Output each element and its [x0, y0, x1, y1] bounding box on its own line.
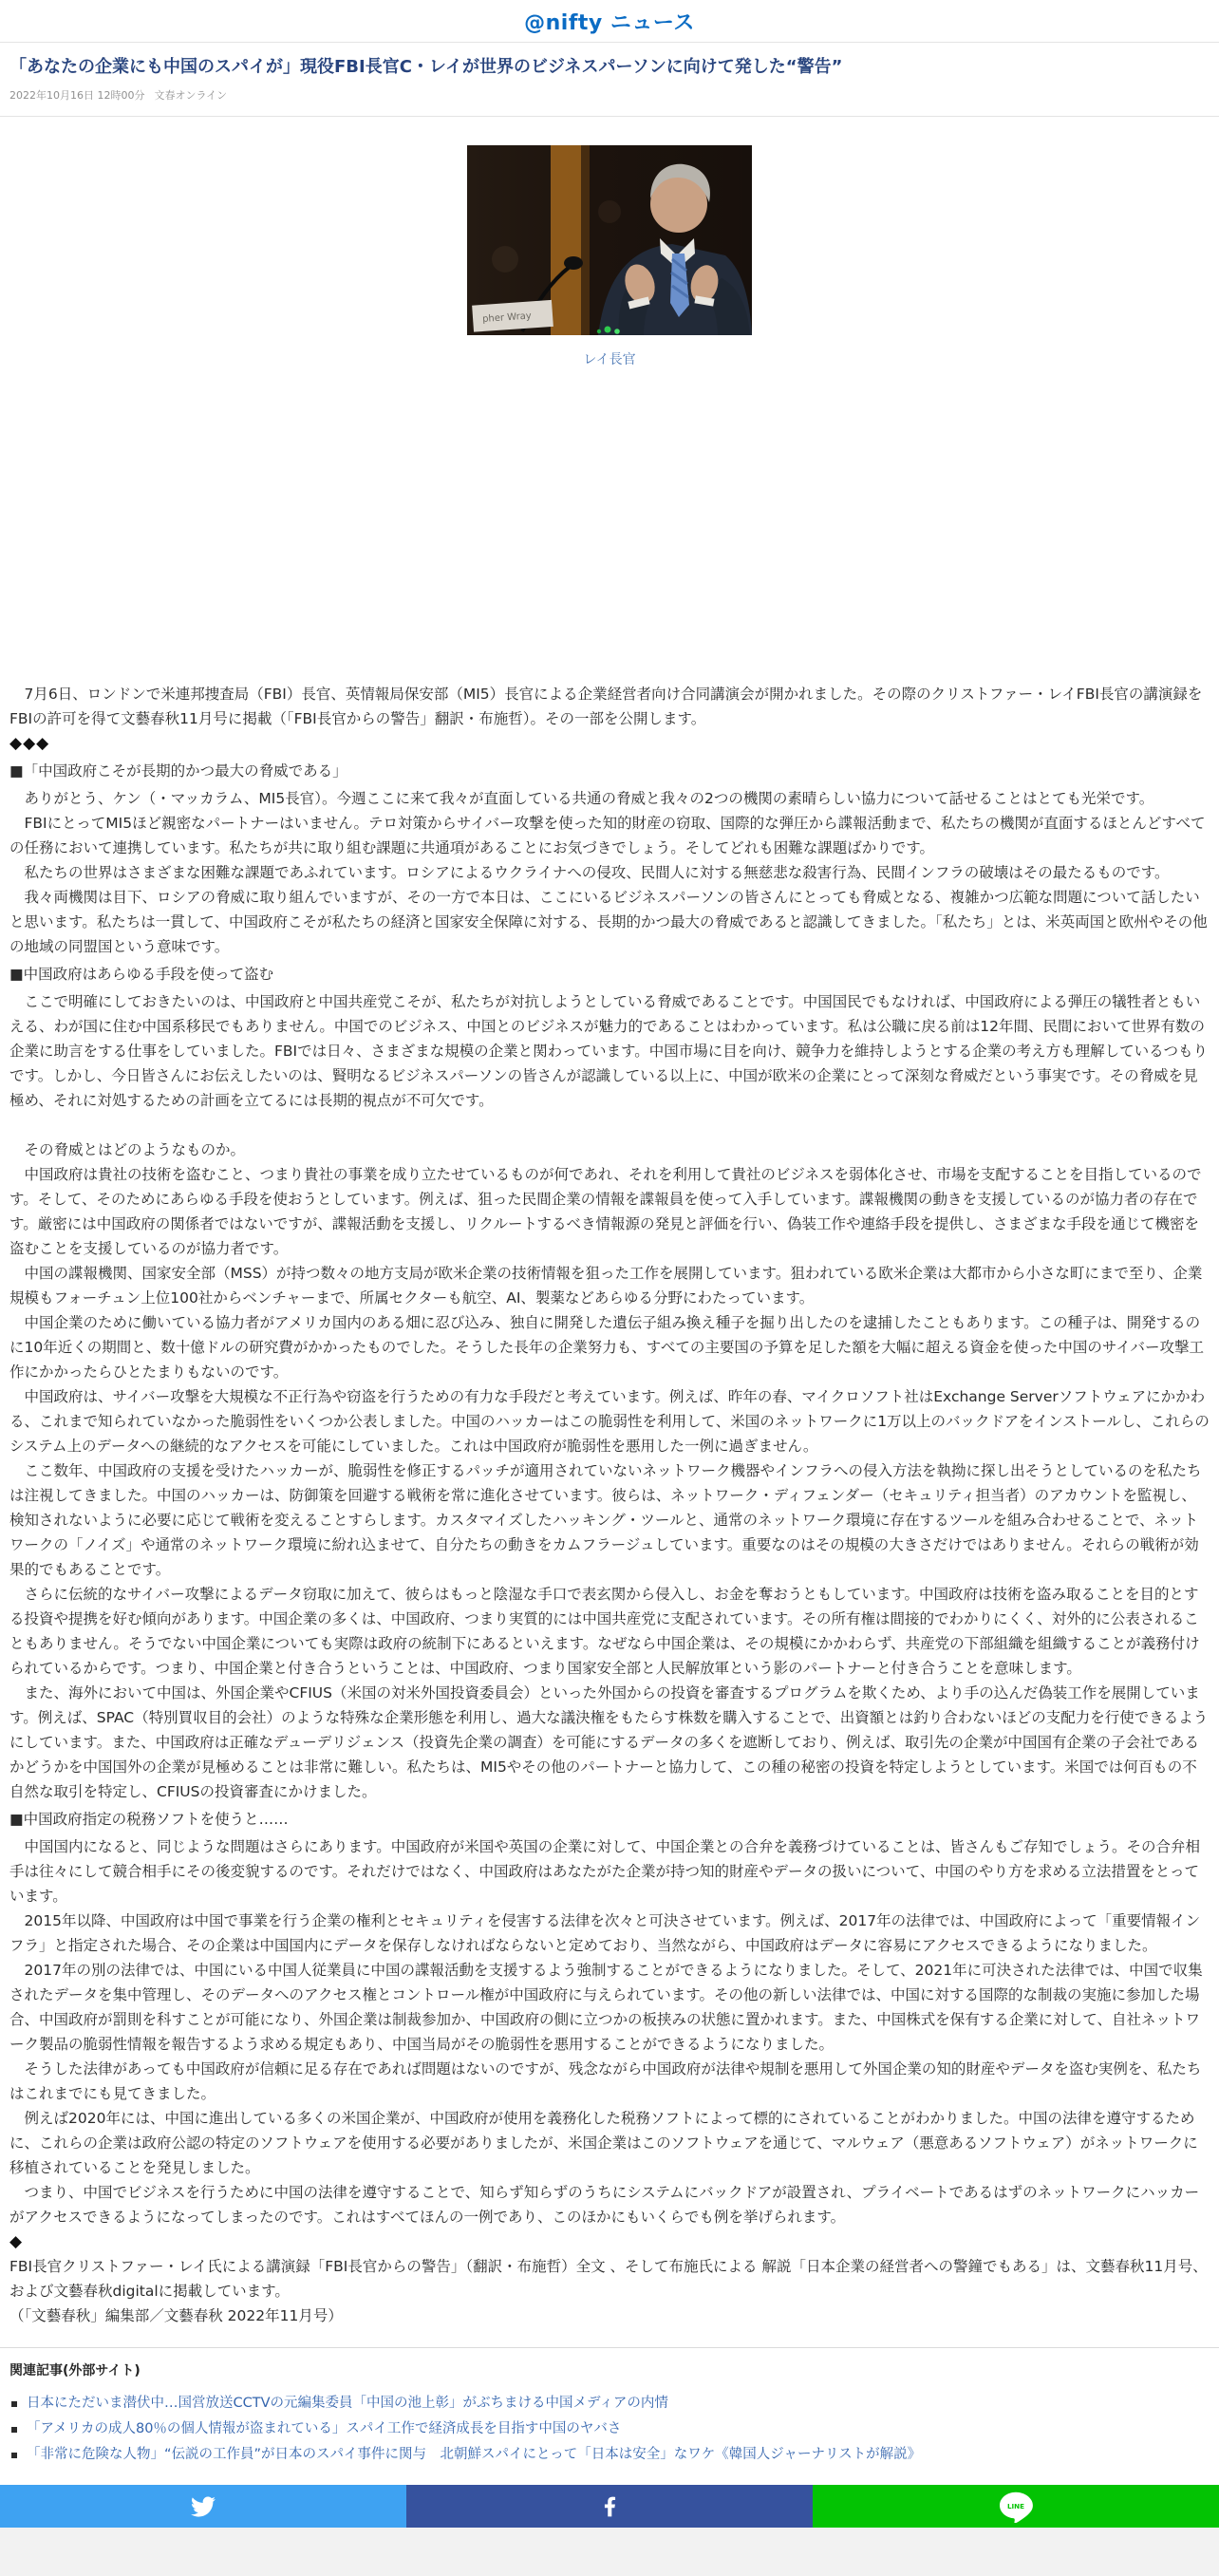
article-paragraph: そうした法律があっても中国政府が信頼に足る存在であれば問題はないのですが、残念な… [9, 2057, 1210, 2106]
article-paragraph: 7月6日、ロンドンで米連邦捜査局（FBI）長官、英情報局保安部（MI5）長官によ… [9, 682, 1210, 731]
line-icon: LINE [999, 2491, 1033, 2523]
article-paragraph: 例えば2020年には、中国に進出している多くの米国企業が、中国政府が使用を義務化… [9, 2106, 1210, 2180]
related-link[interactable]: 日本にただいま潜伏中…国営放送CCTVの元編集委員「中国の池上彰」がぶちまける中… [27, 2391, 668, 2416]
article-paragraph: 中国政府は、サイバー攻撃を大規模な不正行為や窃盗を行うための有力な手段だと考えて… [9, 1384, 1210, 1458]
article-date: 2022年10月16日 12時00分 [9, 89, 144, 102]
related-heading: 関連記事(外部サイト) [9, 2360, 1210, 2379]
share-bar: LINE [0, 2485, 1219, 2528]
article-source: 文春オンライン [154, 89, 227, 102]
related-links: 日本にただいま潜伏中…国営放送CCTVの元編集委員「中国の池上彰」がぶちまける中… [9, 2391, 1210, 2468]
square-bullet-icon [11, 2453, 17, 2458]
article-body: 7月6日、ロンドンで米連邦捜査局（FBI）長官、英情報局保安部（MI5）長官によ… [0, 682, 1219, 2328]
article-figure: pher Wray レイ長官 [0, 145, 1219, 368]
site-header: @nifty ニュース [0, 0, 1219, 43]
article-paragraph: 私たちの世界はさまざまな困難な課題であふれています。ロシアによるウクライナへの侵… [9, 860, 1210, 885]
article-subhead: ■「中国政府こそが長期的かつ最大の脅威である」 [9, 759, 1210, 783]
article-paragraph: 2015年以降、中国政府は中国で事業を行う企業の権利とセキュリティを侵害する法律… [9, 1908, 1210, 1958]
article-paragraph: 中国企業のために働いている協力者がアメリカ国内のある畑に忍び込み、独自に開発した… [9, 1310, 1210, 1384]
nifty-news-logo[interactable]: @nifty ニュース [524, 7, 695, 36]
article-paragraph: ここ数年、中国政府の支援を受けたハッカーが、脆弱性を修正するパッチが適用されてい… [9, 1458, 1210, 1582]
article-paragraph: ありがとう、ケン（・マッカラム、MI5長官）。今週ここに来て我々が直面している共… [9, 786, 1210, 811]
related-link-item: 「アメリカの成人80％の個人情報が盗まれている」スパイ工作で経済成長を目指す中国… [9, 2416, 1210, 2442]
article-paragraph: その脅威とはどのようなものか。 [9, 1138, 1210, 1162]
article-paragraph: 中国の諜報機関、国家安全部（MSS）が持つ数々の地方支局が欧米企業の技術情報を狙… [9, 1261, 1210, 1310]
related-link[interactable]: 「非常に危険な人物」“伝説の工作員”が日本のスパイ事件に関与 北朝鮮スパイにとっ… [27, 2442, 921, 2468]
empty-ad-area [0, 368, 1219, 682]
square-bullet-icon [11, 2401, 17, 2407]
article-credit: （「文藝春秋」編集部／文藝春秋 2022年11月号） [9, 2303, 1210, 2328]
share-twitter-button[interactable] [0, 2485, 406, 2528]
related-articles-section: 関連記事(外部サイト) 日本にただいま潜伏中…国営放送CCTVの元編集委員「中国… [0, 2347, 1219, 2485]
article-paragraph: さらに伝統的なサイバー攻撃によるデータ窃取に加えて、彼らはもっと陰湿な手口で表玄… [9, 1582, 1210, 1681]
related-link[interactable]: 「アメリカの成人80％の個人情報が盗まれている」スパイ工作で経済成長を目指す中国… [27, 2416, 621, 2442]
article-subhead: ■中国政府指定の税務ソフトを使うと…… [9, 1807, 1210, 1832]
section-separator: ◆◆◆ [9, 731, 1210, 756]
article-paragraph: 中国国内になると、同じような問題はさらにあります。中国政府が米国や英国の企業に対… [9, 1834, 1210, 1908]
related-link-item: 「非常に危険な人物」“伝説の工作員”が日本のスパイ事件に関与 北朝鮮スパイにとっ… [9, 2442, 1210, 2468]
section-separator: ◆ [9, 2229, 1210, 2254]
article-paragraph: FBI長官クリストファー・レイ氏による講演録「FBI長官からの警告」（翻訳・布施… [9, 2254, 1210, 2303]
share-facebook-button[interactable] [406, 2485, 813, 2528]
line-icon-label: LINE [1007, 2501, 1024, 2510]
article-meta: 2022年10月16日 12時00分文春オンライン [9, 87, 1210, 103]
share-line-button[interactable]: LINE [813, 2485, 1219, 2528]
page-footer [0, 2528, 1219, 2576]
paragraph-gap [9, 1113, 1210, 1138]
article-paragraph: 我々両機関は目下、ロシアの脅威に取り組んでいますが、その一方で本日は、ここにいる… [9, 885, 1210, 959]
facebook-icon [604, 2494, 616, 2519]
article-paragraph: 中国政府は貴社の技術を盗むこと、つまり貴社の事業を成り立たせているものが何であれ… [9, 1162, 1210, 1261]
related-link-item: 日本にただいま潜伏中…国営放送CCTVの元編集委員「中国の池上彰」がぶちまける中… [9, 2391, 1210, 2416]
fbi-director-photo-illustration: pher Wray [467, 145, 752, 335]
article-paragraph: FBIにとってMI5ほど親密なパートナーはいません。テロ対策からサイバー攻撃を使… [9, 811, 1210, 860]
article-paragraph: ここで明確にしておきたいのは、中国政府と中国共産党こそが、私たちが対抗しようとし… [9, 989, 1210, 1113]
article-photo: pher Wray [467, 145, 752, 335]
square-bullet-icon [11, 2427, 17, 2433]
article-subhead: ■中国政府はあらゆる手段を使って盗む [9, 962, 1210, 987]
article-title-block: 「あなたの企業にも中国のスパイが」現役FBI長官C・レイが世界のビジネスパーソン… [0, 43, 1219, 117]
photo-caption[interactable]: レイ長官 [0, 349, 1219, 368]
article-paragraph: また、海外において中国は、外国企業やCFIUS（米国の対米外国投資委員会）といっ… [9, 1681, 1210, 1804]
article-paragraph: 2017年の別の法律では、中国にいる中国人従業員に中国の諜報活動を支援するよう強… [9, 1958, 1210, 2057]
page-title: 「あなたの企業にも中国のスパイが」現役FBI長官C・レイが世界のビジネスパーソン… [9, 56, 1210, 79]
twitter-icon [191, 2494, 216, 2519]
article-paragraph: つまり、中国でビジネスを行うために中国の法律を遵守することで、知らず知らずのうち… [9, 2180, 1210, 2229]
